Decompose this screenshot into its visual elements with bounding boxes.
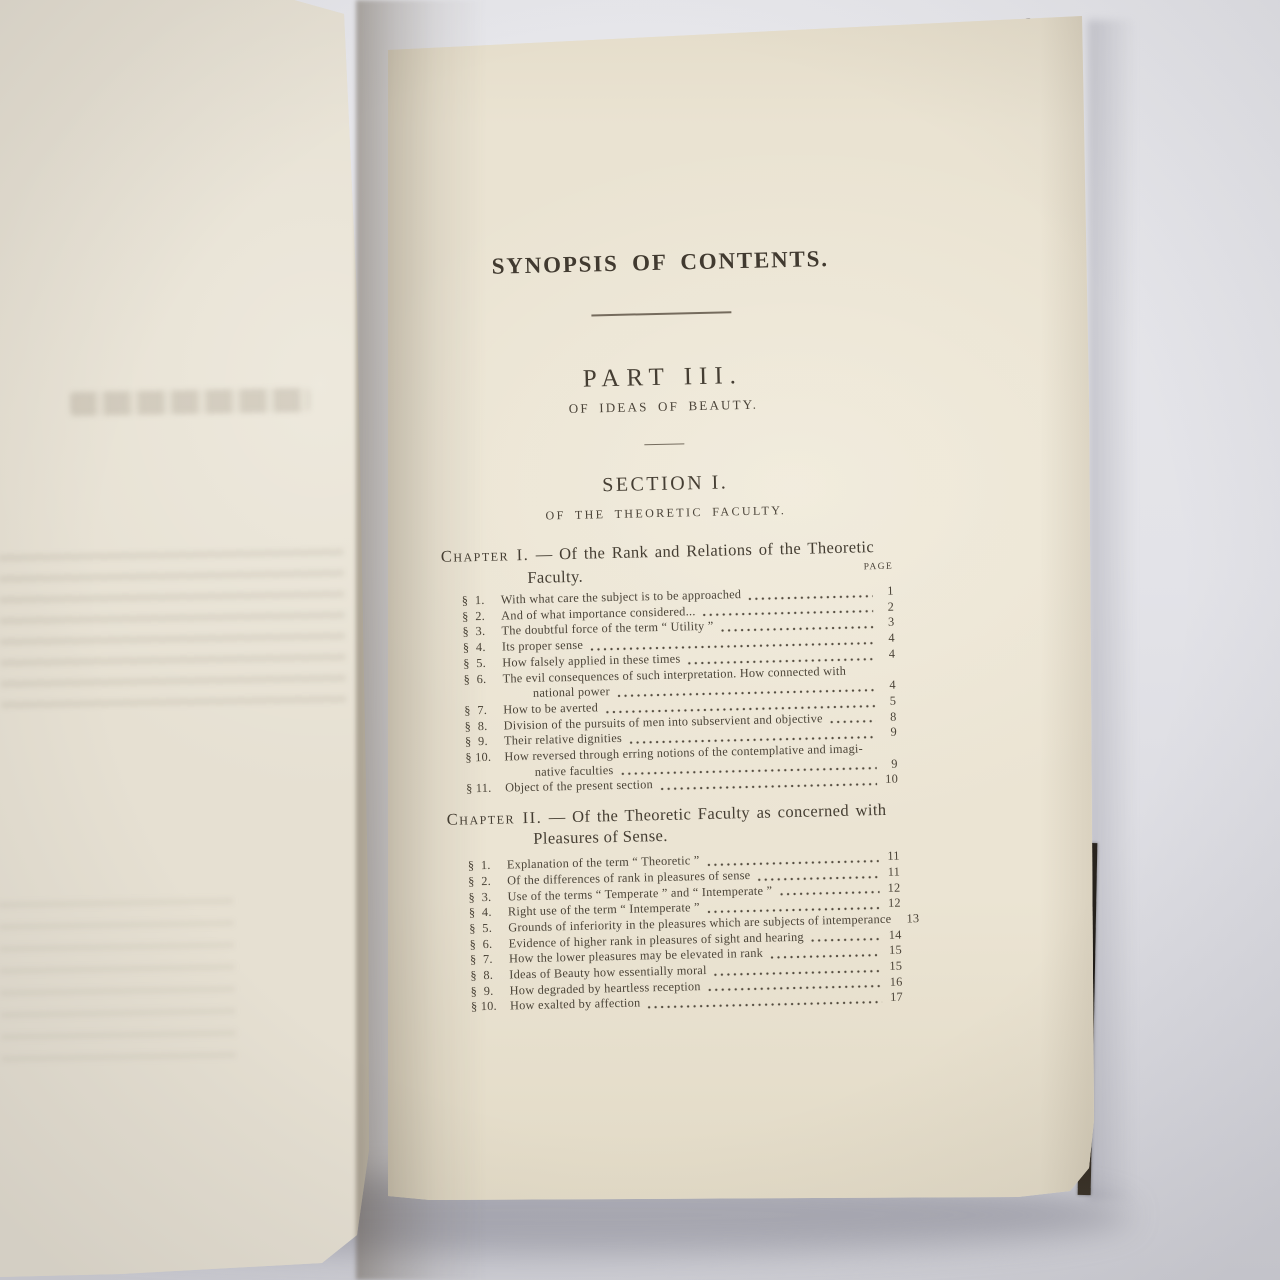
synopsis-content: SYNOPSIS OF CONTENTS. PART III. OF IDEAS…: [434, 245, 903, 1016]
toc-row-text: How exalted by affection: [510, 996, 641, 1015]
page-edge-shadow: [1088, 20, 1148, 1200]
toc-row-number: § 5.: [469, 920, 506, 937]
toc-row-number: § 9.: [471, 983, 508, 1000]
section-subheading: OF THE THEORETIC FACULTY.: [440, 501, 892, 525]
toc-row-page: 16: [886, 974, 902, 990]
toc-row-page: 9: [881, 756, 897, 772]
divider-rule-short: [644, 443, 684, 445]
toc-row-page: 10: [882, 772, 898, 788]
toc-row-number: § 2.: [462, 608, 499, 625]
toc-row-number: § 10.: [465, 750, 502, 767]
dot-leaders: [853, 671, 891, 677]
divider-rule: [591, 311, 731, 316]
toc-row-page: 4: [879, 646, 895, 662]
toc-row-page: 3: [878, 615, 894, 631]
chapter-2-label: Chapter II.: [447, 808, 543, 829]
toc-row-page: 1: [878, 584, 894, 600]
part-heading: PART III.: [437, 358, 890, 396]
dot-leaders: [779, 889, 879, 896]
toc-row-number: § 7.: [470, 952, 507, 969]
chapter-2-title-cont: Pleasures of Sense.: [533, 825, 668, 849]
toc-row-page: 4: [880, 678, 896, 694]
cover-corner-nick: [1024, 13, 1032, 19]
toc-row-number: § 8.: [470, 968, 507, 985]
book-photo-scene: SYNOPSIS OF CONTENTS. PART III. OF IDEAS…: [0, 0, 1280, 1280]
toc-row-text: Object of the present section: [505, 778, 653, 797]
toc-row-number: § 3.: [468, 889, 505, 906]
chapter-1-toc-rows: § 1. With what care the subject is to be…: [442, 584, 899, 798]
toc-row-number: § 4.: [463, 640, 500, 657]
toc-row-page: 12: [885, 896, 901, 912]
page-column-label: PAGE: [863, 557, 893, 581]
toc-row-number: § 5.: [463, 655, 500, 672]
toc-row-page: 14: [885, 927, 901, 943]
toc-row-number: § 8.: [465, 718, 502, 735]
toc-row-number: [464, 698, 501, 699]
show-through-heading: [70, 388, 310, 416]
toc-row-number: [466, 776, 503, 777]
toc-row-page: 9: [881, 725, 897, 741]
toc-row-page: 2: [878, 599, 894, 615]
show-through-paragraph: [0, 549, 346, 720]
toc-row-number: § 2.: [468, 873, 505, 890]
toc-row-number: § 4.: [469, 905, 506, 922]
toc-row-page: 12: [884, 880, 900, 896]
chapter-1-label: Chapter I.: [441, 545, 530, 566]
chapter-2-toc-rows: § 1. Explanation of the term “ Theoretic…: [448, 849, 903, 1016]
toc-row-page: 8: [880, 709, 896, 725]
dot-leaders: [660, 781, 877, 791]
spacer: [668, 841, 899, 846]
toc-row-text: Its proper sense: [502, 638, 584, 656]
dot-leaders: [830, 718, 876, 724]
toc-row-number: § 10.: [471, 999, 508, 1016]
toc-row-number: § 3.: [462, 624, 499, 641]
toc-row-number: § 7.: [464, 703, 501, 720]
toc-row-number: § 6.: [463, 671, 500, 688]
toc-row-text: national power: [533, 684, 610, 701]
toc-row-number: § 9.: [465, 734, 502, 751]
part-subheading: OF IDEAS OF BEAUTY.: [437, 393, 889, 418]
toc-row-page: 4: [879, 631, 895, 647]
chapter-1-block: Chapter I. — Of the Rank and Relations o…: [441, 536, 899, 798]
toc-row-page: 17: [887, 990, 903, 1006]
toc-row-page: 11: [884, 864, 900, 880]
toc-row-page: 15: [886, 943, 902, 959]
dot-leaders: [811, 936, 881, 943]
toc-row-number: § 11.: [466, 781, 503, 798]
show-through-paragraph-lower: [0, 898, 236, 1072]
toc-row-page: 15: [886, 959, 902, 975]
toc-row-page: 13: [903, 911, 919, 927]
dot-leaders: [870, 749, 893, 755]
toc-row-text: native faculties: [535, 763, 614, 780]
chapter-2-block: Chapter II. — Of the Theoretic Faculty a…: [447, 799, 904, 1016]
toc-row-number: § 1.: [462, 593, 499, 610]
toc-row-page: 5: [880, 694, 896, 710]
toc-row-number: § 6.: [469, 936, 506, 953]
section-heading: SECTION I.: [439, 468, 891, 500]
toc-row-page: 11: [884, 849, 900, 865]
chapter-1-title-cont: Faculty.: [527, 566, 583, 588]
toc-row-number: § 1.: [468, 858, 505, 875]
